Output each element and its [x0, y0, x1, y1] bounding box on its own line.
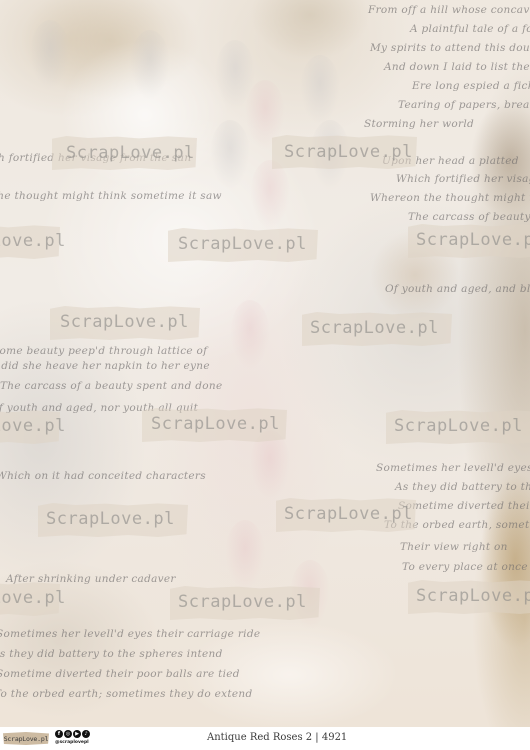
footer-bar: ScrapLove.pl f ◎ ▶ ♪ @scraplovepl Antiqu…: [0, 727, 530, 750]
script-line: Sometime diverted their poor balls are t…: [0, 668, 240, 680]
watermark: ScrapLove.pl: [178, 234, 307, 254]
script-line: The carcass of beauty spent: [408, 211, 530, 223]
script-line: Sometimes her levell'd eyes: [376, 462, 530, 474]
damask-motif: [300, 55, 340, 125]
watermark: ScrapLove.pl: [66, 143, 195, 163]
script-line: A plaintful tale of a forsaken: [410, 23, 530, 35]
script-line: And down I laid to list the: [384, 61, 530, 73]
youtube-icon[interactable]: ▶: [73, 730, 81, 738]
watermark: ScrapLove.pl: [284, 504, 413, 524]
script-line: Sometimes her levell'd eyes their carria…: [0, 628, 260, 640]
script-line: Tearing of papers, breaking: [398, 99, 530, 111]
script-line: From off a hill whose concave womb: [368, 4, 530, 16]
script-line: As they did battery to the: [395, 481, 530, 493]
watermark: ScrapLove.pl: [284, 142, 413, 162]
script-line: Sometime diverted their poor: [398, 500, 530, 512]
watermark: ScrapLove.pl: [46, 509, 175, 529]
script-line: The carcass of a beauty spent and done: [0, 380, 222, 392]
damask-motif: [130, 30, 170, 100]
script-line: My spirits to attend this double: [370, 42, 530, 54]
damask-motif: [225, 520, 265, 590]
watermark: ScrapLove.pl: [416, 230, 530, 250]
stain: [250, 0, 370, 60]
script-line: Oft did she heave her napkin to her eyne: [0, 360, 210, 372]
watermark: ScrapLove.pl: [0, 416, 66, 436]
social-handle: @scraplovepl: [55, 740, 89, 745]
instagram-icon[interactable]: ◎: [64, 730, 72, 738]
watermark: ScrapLove.pl: [310, 318, 439, 338]
stain: [480, 470, 530, 650]
damask-motif: [230, 300, 270, 370]
watermark: ScrapLove.pl: [60, 312, 189, 332]
watermark: ScrapLove.pl: [0, 588, 66, 608]
damask-motif: [250, 160, 290, 230]
script-line: Ere long espied a fickle maid: [412, 80, 530, 92]
script-line: Whereon the thought might think: [370, 192, 530, 204]
damask-motif: [30, 20, 70, 90]
brand-logo: ScrapLove.pl: [3, 732, 49, 745]
script-line: Which fortified her visage: [396, 173, 530, 185]
watermark: ScrapLove.pl: [394, 416, 523, 436]
script-line: Storming her world: [364, 118, 474, 130]
script-line: Which on it had conceited characters: [0, 470, 206, 482]
watermark: ScrapLove.pl: [151, 414, 280, 434]
facebook-icon[interactable]: f: [55, 730, 63, 738]
product-title: Antique Red Roses 2 | 4921: [207, 732, 347, 743]
script-line: To every place at once: [402, 561, 528, 573]
damask-motif: [210, 120, 250, 190]
script-line: To the orbed earth; sometimes they do ex…: [0, 688, 253, 700]
social-icons: f ◎ ▶ ♪: [55, 730, 90, 738]
script-line: Of youth and aged, and bloom: [385, 283, 530, 295]
script-line: As they did battery to the spheres inten…: [0, 648, 223, 660]
script-line: Some beauty peep'd through lattice of: [0, 345, 207, 357]
watermark: ScrapLove.pl: [416, 586, 530, 606]
script-line: The thought might think sometime it saw: [0, 190, 222, 202]
scrapbook-paper: From off a hill whose concave womb A pla…: [0, 0, 530, 727]
watermark: ScrapLove.pl: [178, 592, 307, 612]
tiktok-icon[interactable]: ♪: [82, 730, 90, 738]
watermark: ScrapLove.pl: [0, 231, 66, 251]
script-line: Their view right on: [400, 541, 508, 553]
